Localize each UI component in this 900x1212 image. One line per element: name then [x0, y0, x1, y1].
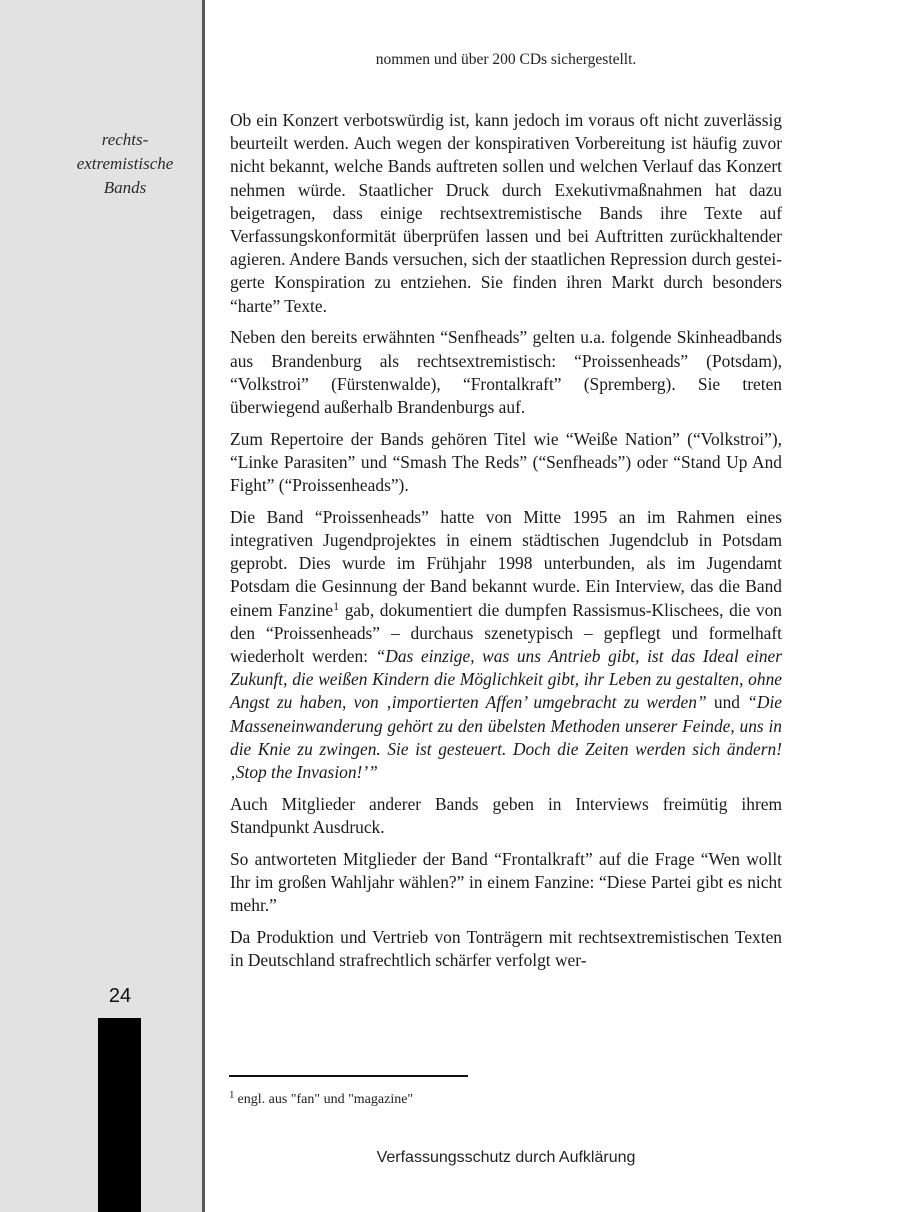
body-text: Ob ein Konzert verbotswürdig ist, kann j… — [230, 109, 782, 981]
running-footer: Verfassungsschutz durch Aufklärung — [230, 1149, 782, 1167]
footnote: 1engl. aus "fan" und "magazine" — [229, 1089, 413, 1108]
margin-note-line: Bands — [50, 176, 200, 200]
footnote-number: 1 — [229, 1089, 235, 1101]
paragraph: Zum Repertoire der Bands gehören Titel w… — [230, 428, 782, 498]
paragraph: Ob ein Konzert verbotswürdig ist, kann j… — [230, 109, 782, 318]
page-number: 24 — [98, 985, 142, 1008]
margin-note-line: rechts- — [50, 128, 200, 152]
footnote-text: engl. aus "fan" und "magazine" — [238, 1092, 414, 1107]
paragraph: So antworteten Mitglieder der Band “Fron… — [230, 848, 782, 918]
paragraph: Neben den bereits erwähnten “Senfheads” … — [230, 326, 782, 419]
vertical-divider — [202, 0, 205, 1212]
thumb-index-bar — [98, 1018, 141, 1212]
carry-over-line: nommen und über 200 CDs sichergestellt. — [230, 51, 782, 69]
paragraph: Da Produktion und Vertrieb von Tonträger… — [230, 926, 782, 972]
margin-note-line: extremistische — [50, 152, 200, 176]
margin-note: rechts- extremistische Bands — [50, 128, 200, 200]
paragraph: Die Band “Proissenheads” hatte von Mitte… — [230, 506, 782, 784]
footnote-separator — [229, 1075, 468, 1077]
paragraph-text: und — [707, 692, 748, 712]
paragraph: Auch Mitglieder anderer Bands geben in I… — [230, 793, 782, 839]
